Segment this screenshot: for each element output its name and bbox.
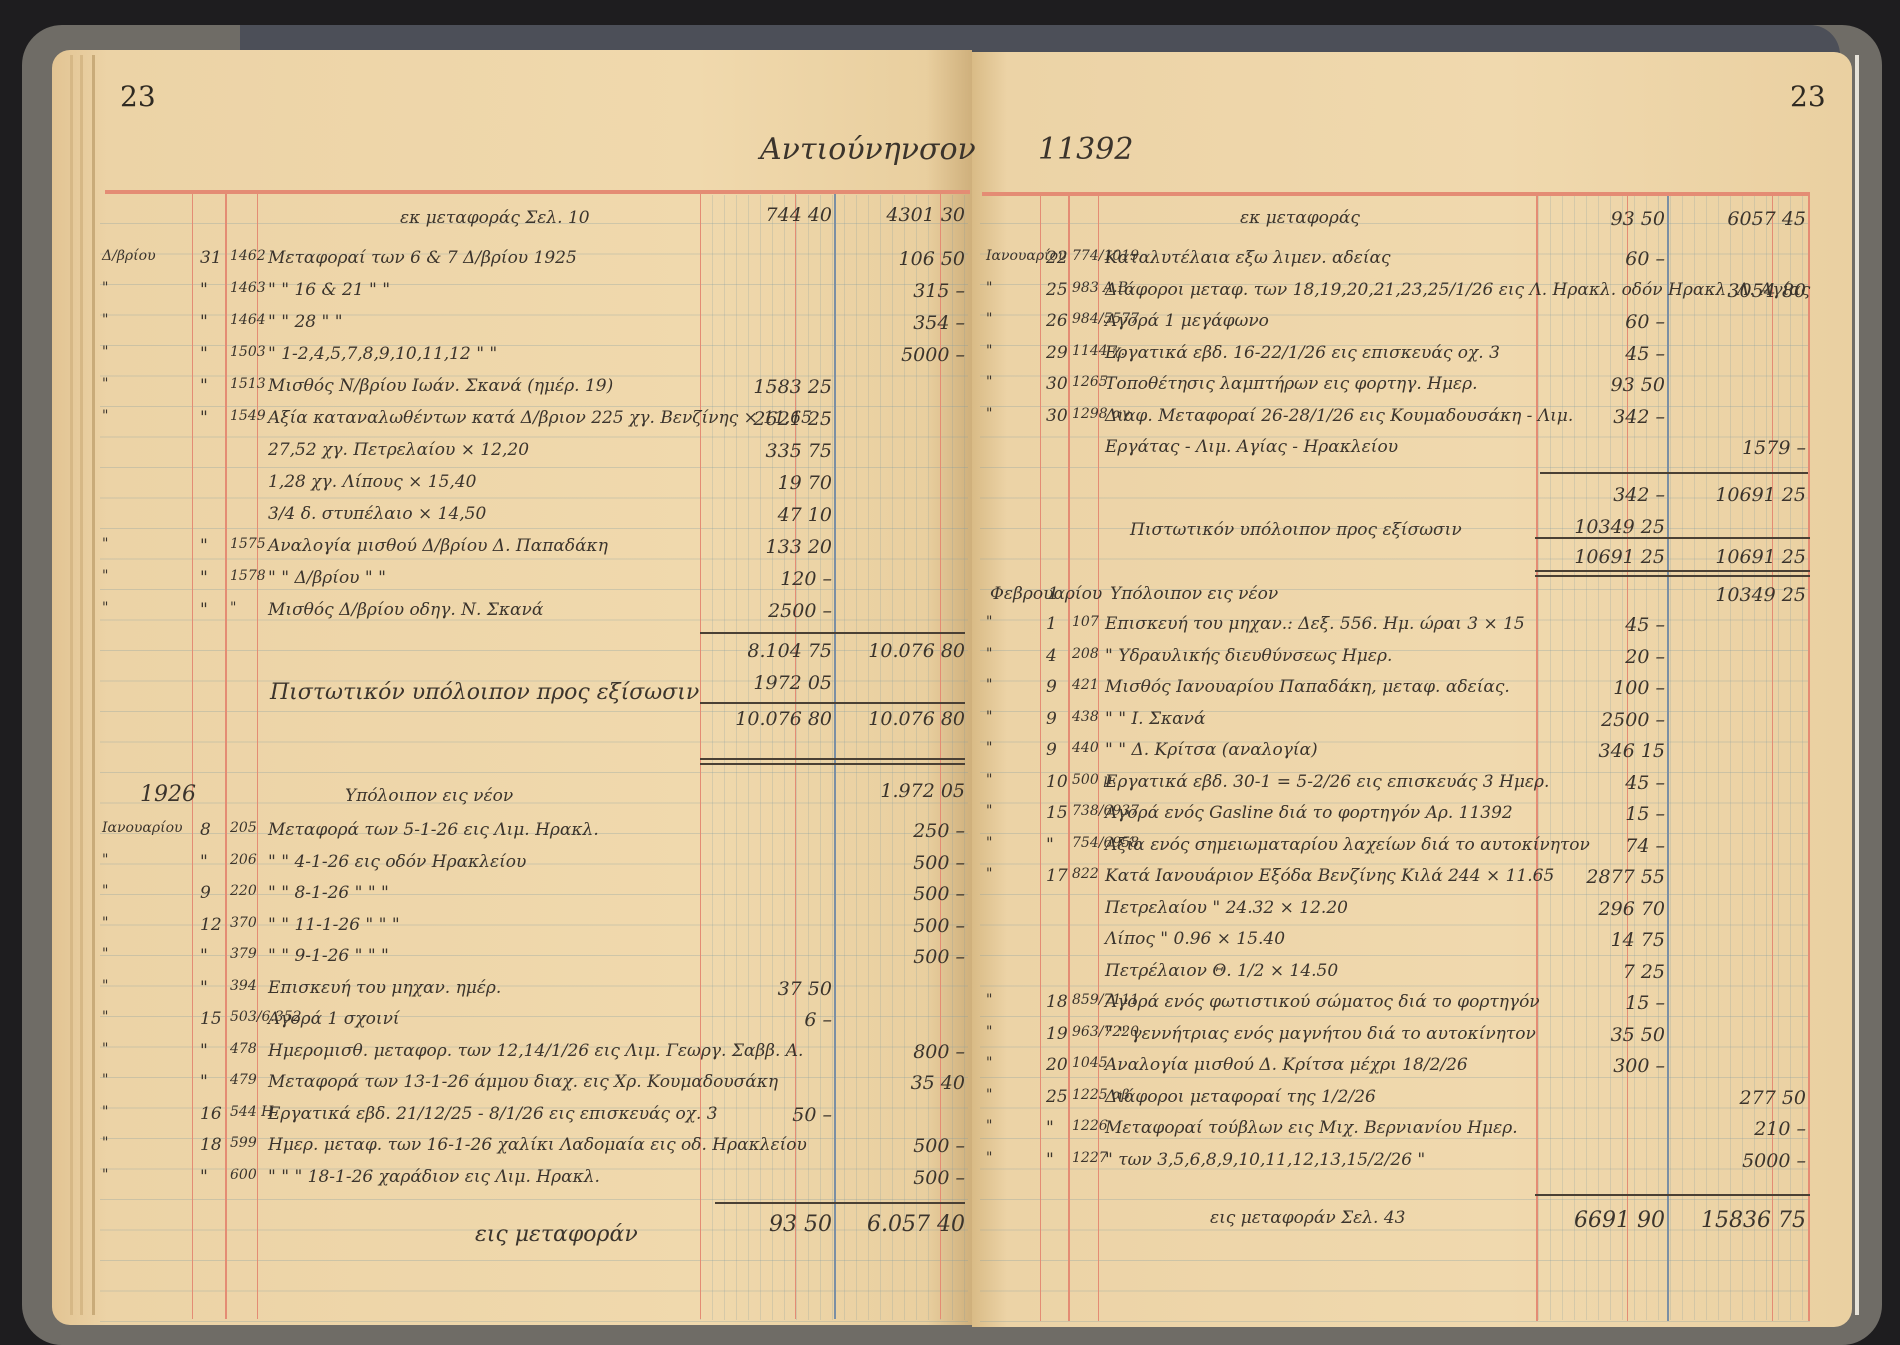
debit-amount: 37 50 — [700, 978, 832, 1000]
folio-cell: 1226 — [1072, 1118, 1108, 1134]
page-total-label: εις μεταφοράν Σελ. 43 — [1210, 1208, 1405, 1228]
description-cell: Επισκευή του μηχαν.: Δεξ. 556. Ημ. ώραι … — [1105, 614, 1525, 634]
description-cell: " 1-2,4,5,7,8,9,10,11,12 " " — [268, 344, 497, 364]
balance-debit: 1972 05 — [700, 672, 832, 694]
credit-amount: 500 – — [840, 915, 965, 937]
month-cell: " — [102, 408, 108, 424]
description-cell: " " Δ/βρίου " " — [268, 568, 386, 588]
month-cell: " — [986, 1055, 992, 1071]
description-cell: Μισθός Δ/βρίου οδηγ. Ν. Σκανά — [268, 600, 543, 620]
description-cell: Κατά Ιανουάριον Εξόδα Βενζίνης Κιλά 244 … — [1105, 866, 1554, 886]
debit-amount: 60 – — [1540, 311, 1665, 333]
debit-amount: 45 – — [1540, 343, 1665, 365]
day-cell: " — [200, 312, 208, 332]
col-line — [1040, 196, 1041, 1321]
month-cell: " — [986, 614, 992, 630]
credit-amount: 315 – — [840, 280, 965, 302]
header-rule-left — [105, 190, 970, 194]
credit-amount: 250 – — [840, 820, 965, 842]
day-cell: 19 — [1046, 1024, 1068, 1044]
page-total-credit: 15836 75 — [1672, 1208, 1806, 1233]
description-cell: Εργατικά εβδ. 16-22/1/26 εις επισκευάς ο… — [1105, 343, 1500, 363]
folio-cell: 440 — [1072, 740, 1099, 756]
debit-amount: 93 50 — [1540, 208, 1665, 230]
description-cell: Μεταφοραί τούβλων εις Μιχ. Βερνιανίου Ημ… — [1105, 1118, 1518, 1138]
new-balance-day: 1 — [1048, 584, 1059, 604]
day-cell: 10 — [1046, 772, 1068, 792]
month-cell: " — [102, 978, 108, 994]
day-cell: 9 — [1046, 740, 1057, 760]
description-cell: Αγορά ενός Gasline διά το φορτηγόν Αρ. 1… — [1105, 803, 1513, 823]
page-number-left: 23 — [120, 80, 156, 113]
month-cell: " — [102, 376, 108, 392]
day-cell: 30 — [1046, 406, 1068, 426]
month-cell: " — [986, 772, 992, 788]
description-cell: Μισθός Ν/βρίου Ιωάν. Σκανά (ημέρ. 19) — [268, 376, 613, 396]
subtotal-credit: 10.076 80 — [840, 640, 965, 662]
page-edges — [80, 55, 83, 1315]
month-cell: " — [102, 568, 108, 584]
page-edges — [92, 55, 95, 1315]
day-cell: 15 — [200, 1009, 222, 1029]
day-cell: " — [200, 568, 208, 588]
month-cell: " — [986, 709, 992, 725]
total-debit: 10691 25 — [1540, 546, 1665, 568]
folio-cell: 1463 — [230, 280, 266, 296]
carried-forward-label: εκ μεταφοράς — [1240, 208, 1360, 228]
day-cell: " — [200, 536, 208, 556]
month-cell: " — [986, 992, 992, 1008]
month-cell: " — [102, 536, 108, 552]
year-1926: 1926 — [140, 782, 196, 807]
day-cell: 17 — [1046, 866, 1068, 886]
folio-cell: " — [230, 600, 236, 616]
folio-cell: 1513 — [230, 376, 266, 392]
balance-debit: 10349 25 — [1540, 516, 1665, 538]
folio-cell: 600 — [230, 1167, 257, 1183]
month-cell: " — [986, 677, 992, 693]
day-cell: 29 — [1046, 343, 1068, 363]
debit-amount: 50 – — [700, 1104, 832, 1126]
day-cell: " — [200, 280, 208, 300]
debit-amount: 14 75 — [1540, 929, 1665, 951]
description-cell: Αγορά ενός φωτιστικού σώματος διά το φορ… — [1105, 992, 1540, 1012]
header-rule-right — [982, 192, 1810, 196]
credit-amount: 210 – — [1672, 1118, 1806, 1140]
folio-cell: 1265 — [1072, 374, 1108, 390]
description-cell: " " 8-1-26 " " " — [268, 883, 389, 903]
description-cell: " " Ι. Σκανά — [1105, 709, 1205, 729]
debit-amount: 335 75 — [700, 440, 832, 462]
debit-amount: 74 – — [1540, 835, 1665, 857]
col-line — [1808, 196, 1810, 1321]
description-cell: Καταλυτέλαια εξω λιμεν. αδείας — [1105, 248, 1391, 268]
debit-amount: 15 – — [1540, 803, 1665, 825]
description-cell: Διάφοροι μεταφοραί της 1/2/26 — [1105, 1087, 1376, 1107]
day-cell: 18 — [200, 1135, 222, 1155]
page-number-right: 23 — [1790, 80, 1826, 113]
double-rule — [1535, 570, 1810, 572]
month-cell: " — [986, 374, 992, 390]
month-cell: " — [986, 1087, 992, 1103]
new-balance-credit: 10349 25 — [1672, 584, 1806, 606]
day-cell: 9 — [200, 883, 211, 903]
month-cell: " — [102, 312, 108, 328]
description-cell: " " γεννήτριας ενός μαγνήτου διά το αυτο… — [1105, 1024, 1536, 1044]
month-cell: " — [102, 1104, 108, 1120]
month-cell: " — [986, 1118, 992, 1134]
month-cell: " — [102, 1135, 108, 1151]
account-number: 11392 — [1038, 132, 1133, 167]
page-total-credit: 6.057 40 — [840, 1212, 965, 1237]
day-cell: 1 — [1046, 614, 1057, 634]
description-cell: " " 28 " " — [268, 312, 343, 332]
month-cell: " — [986, 406, 992, 422]
debit-amount: 100 – — [1540, 677, 1665, 699]
description-cell: Ημερ. μεταφ. των 16-1-26 χαλίκι Λαδομαία… — [268, 1135, 807, 1155]
month-cell: " — [986, 343, 992, 359]
total-credit: 10.076 80 — [840, 708, 965, 730]
month-cell: Δ/βρίου — [102, 248, 156, 264]
folio-cell: 479 — [230, 1072, 257, 1088]
debit-amount: 2877 55 — [1540, 866, 1665, 888]
day-cell: 8 — [200, 820, 211, 840]
debit-amount: 2621 25 — [700, 408, 832, 430]
debit-amount: 45 – — [1540, 614, 1665, 636]
total-credit: 10691 25 — [1672, 546, 1806, 568]
month-cell: " — [102, 1009, 108, 1025]
folio-cell: 1549 — [230, 408, 266, 424]
day-cell: " — [200, 376, 208, 396]
debit-amount: 120 – — [700, 568, 832, 590]
month-cell: " — [986, 803, 992, 819]
subtotal-debit: 8.104 75 — [700, 640, 832, 662]
description-cell: Εργατικά εβδ. 30-1 = 5-2/26 εις επισκευά… — [1105, 772, 1549, 792]
debit-amount: 60 – — [1540, 248, 1665, 270]
subtotal-debit: 342 – — [1540, 484, 1665, 506]
double-rule — [1535, 575, 1810, 577]
description-cell: " Υδραυλικής διευθύνσεως Ημερ. — [1105, 646, 1392, 666]
total-rule — [1535, 537, 1810, 539]
day-cell: " — [200, 1041, 208, 1061]
day-cell: 22 — [1046, 248, 1068, 268]
debit-amount: 300 – — [1540, 1055, 1665, 1077]
col-line — [1536, 196, 1538, 1321]
folio-cell: 379 — [230, 946, 257, 962]
description-cell: Αξία ενός σημειωματαρίου λαχείων διά το … — [1105, 835, 1590, 855]
month-cell: " — [986, 311, 992, 327]
day-cell: 26 — [1046, 311, 1068, 331]
page-total-label: εις μεταφοράν — [475, 1222, 638, 1247]
folio-cell: 438 — [1072, 709, 1099, 725]
day-cell: " — [200, 600, 208, 620]
day-cell: 9 — [1046, 677, 1057, 697]
debit-amount: 744 40 — [700, 204, 832, 226]
day-cell: 20 — [1046, 1055, 1068, 1075]
debit-credit-divider-right — [1667, 196, 1669, 1321]
folio-cell: 1578 — [230, 568, 266, 584]
month-cell: " — [102, 1041, 108, 1057]
page-total-debit: 93 50 — [700, 1212, 832, 1237]
credit-amount: 500 – — [840, 883, 965, 905]
description-cell: Μισθός Ιανουαρίου Παπαδάκη, μεταφ. αδεία… — [1105, 677, 1510, 697]
debit-amount: 93 50 — [1540, 374, 1665, 396]
description-cell: " " 16 & 21 " " — [268, 280, 390, 300]
credit-amount: 354 – — [840, 312, 965, 334]
credit-amount: 35 40 — [840, 1072, 965, 1094]
day-cell: 30 — [1046, 374, 1068, 394]
credit-amount: 500 – — [840, 1167, 965, 1189]
month-cell: " — [102, 946, 108, 962]
day-cell: " — [1046, 1118, 1054, 1138]
col-line — [192, 194, 193, 1319]
folio-cell: 1045 — [1072, 1055, 1108, 1071]
month-cell: " — [986, 646, 992, 662]
debit-amount: 35 50 — [1540, 1024, 1665, 1046]
day-cell: " — [200, 1072, 208, 1092]
day-cell: " — [1046, 835, 1054, 855]
debit-amount: 296 70 — [1540, 898, 1665, 920]
debit-amount: 2500 – — [700, 600, 832, 622]
double-rule — [700, 758, 965, 760]
description-cell: Επισκευή του μηχαν. ημέρ. — [268, 978, 501, 998]
credit-amount: 5000 – — [1672, 1150, 1806, 1172]
month-cell: " — [986, 280, 992, 296]
debit-amount: 342 – — [1540, 406, 1665, 428]
page-total-debit: 6691 90 — [1540, 1208, 1665, 1233]
month-cell: " — [986, 1150, 992, 1166]
folio-cell: 205 — [230, 820, 257, 836]
credit-amount: 500 – — [840, 1135, 965, 1157]
day-cell: 12 — [200, 915, 222, 935]
balance-label: Πιστωτικόν υπόλοιπον προς εξίσωσιν — [270, 680, 699, 705]
description-cell: " " 4-1-26 εις οδόν Ηρακλείου — [268, 852, 526, 872]
subtotal-rule — [1540, 472, 1808, 474]
new-balance-label: Υπόλοιπον εις νέον — [345, 786, 513, 806]
folio-cell: 1503 — [230, 344, 266, 360]
page-edges — [1855, 55, 1859, 1315]
new-balance-label: Υπόλοιπον εις νέον — [1110, 584, 1278, 604]
description-cell: Αγορά 1 σχοινί — [268, 1009, 400, 1029]
credit-amount: 3054 80 — [1672, 280, 1806, 302]
month-cell: " — [986, 866, 992, 882]
description-cell: Αγορά 1 μεγάφωνο — [1105, 311, 1269, 331]
credit-amount: 500 – — [840, 946, 965, 968]
description-cell: " " 9-1-26 " " " — [268, 946, 389, 966]
debit-amount: 19 70 — [700, 472, 832, 494]
description-cell: " " " 18-1-26 χαράδιον εις Λιμ. Ηρακλ. — [268, 1167, 600, 1187]
month-cell: Ιανουαρίου — [102, 820, 183, 836]
month-cell: " — [102, 1167, 108, 1183]
day-cell: " — [200, 344, 208, 364]
day-cell: 15 — [1046, 803, 1068, 823]
day-cell: " — [200, 852, 208, 872]
account-title: Αντιούνηνσον — [760, 132, 976, 167]
col-line — [1068, 196, 1070, 1321]
credit-amount: 1579 – — [1672, 437, 1806, 459]
description-cell: " των 3,5,6,8,9,10,11,12,13,15/2/26 " — [1105, 1150, 1425, 1170]
description-cell: Διαφ. Μεταφοραί 26-28/1/26 εις Κουμαδουσ… — [1105, 406, 1573, 426]
month-cell: " — [102, 883, 108, 899]
debit-amount: 7 25 — [1540, 961, 1665, 983]
new-balance-month: Φεβρουαρίου — [990, 584, 1102, 604]
folio-cell: 599 — [230, 1135, 257, 1151]
day-cell: " — [1046, 1150, 1054, 1170]
description-cell: Τοποθέτησις λαμπτήρων εις φορτηγ. Ημερ. — [1105, 374, 1478, 394]
credit-amount: 4301 30 — [840, 204, 965, 226]
page-total-rule — [715, 1202, 965, 1204]
description-cell: 1,28 χγ. Λίπους × 15,40 — [268, 472, 476, 492]
page-edges — [70, 55, 73, 1315]
description-cell: Εργατικά εβδ. 21/12/25 - 8/1/26 εις επισ… — [268, 1104, 718, 1124]
day-cell: 16 — [200, 1104, 222, 1124]
folio-cell: 220 — [230, 883, 257, 899]
folio-cell: 1227 — [1072, 1150, 1108, 1166]
debit-amount: 133 20 — [700, 536, 832, 558]
folio-cell: 208 — [1072, 646, 1099, 662]
day-cell: " — [200, 946, 208, 966]
day-cell: 9 — [1046, 709, 1057, 729]
month-cell: " — [986, 835, 992, 851]
description-cell: 3/4 δ. στυπέλαιο × 14,50 — [268, 504, 486, 524]
month-cell: " — [102, 344, 108, 360]
description-cell: Μεταφοραί των 6 & 7 Δ/βρίου 1925 — [268, 248, 577, 268]
balance-label: Πιστωτικόν υπόλοιπον προς εξίσωσιν — [1130, 520, 1462, 540]
folio-cell: 107 — [1072, 614, 1099, 630]
folio-cell: 1575 — [230, 536, 266, 552]
folio-cell: 421 — [1072, 677, 1099, 693]
description-cell: Αναλογία μισθού Δ. Κρίτσα μέχρι 18/2/26 — [1105, 1055, 1468, 1075]
total-rule — [700, 702, 965, 704]
folio-cell: 478 — [230, 1041, 257, 1057]
folio-cell: 370 — [230, 915, 257, 931]
description-cell: Λίπος " 0.96 × 15.40 — [1105, 929, 1285, 949]
debit-amount: 2500 – — [1540, 709, 1665, 731]
day-cell: " — [200, 408, 208, 428]
description-cell: " " 11-1-26 " " " — [268, 915, 400, 935]
total-debit: 10.076 80 — [700, 708, 832, 730]
description-cell: Μεταφορά των 13-1-26 άμμου διαχ. εις Χρ.… — [268, 1072, 778, 1092]
carried-forward-label: εκ μεταφοράς Σελ. 10 — [400, 208, 590, 228]
day-cell: " — [200, 1167, 208, 1187]
month-cell: " — [102, 1072, 108, 1088]
credit-amount: 800 – — [840, 1041, 965, 1063]
month-cell: " — [986, 740, 992, 756]
description-cell: Αναλογία μισθού Δ/βρίου Δ. Παπαδάκη — [268, 536, 608, 556]
new-balance-credit: 1.972 05 — [840, 780, 965, 802]
month-cell: " — [102, 915, 108, 931]
debit-amount: 15 – — [1540, 992, 1665, 1014]
credit-amount: 500 – — [840, 852, 965, 874]
debit-amount: 45 – — [1540, 772, 1665, 794]
debit-amount: 47 10 — [700, 504, 832, 526]
credit-amount: 5000 – — [840, 344, 965, 366]
double-rule — [700, 763, 965, 765]
folio-cell: 394 — [230, 978, 257, 994]
folio-cell: 1464 — [230, 312, 266, 328]
folio-cell: 1462 — [230, 248, 266, 264]
debit-amount: 20 – — [1540, 646, 1665, 668]
day-cell: " — [200, 978, 208, 998]
day-cell: 25 — [1046, 280, 1068, 300]
description-cell: Πετρελαίου " 24.32 × 12.20 — [1105, 898, 1348, 918]
description-cell: Μεταφορά των 5-1-26 εις Λιμ. Ηρακλ. — [268, 820, 599, 840]
description-cell: Εργάτας - Λιμ. Αγίας - Ηρακλείου — [1105, 437, 1398, 457]
col-line — [225, 194, 227, 1319]
description-cell: " " Δ. Κρίτσα (αναλογία) — [1105, 740, 1318, 760]
day-cell: 31 — [200, 248, 222, 268]
subtotal-credit: 10691 25 — [1672, 484, 1806, 506]
debit-amount: 6 – — [700, 1009, 832, 1031]
debit-amount: 1583 25 — [700, 376, 832, 398]
debit-credit-divider-left — [834, 194, 836, 1319]
col-line — [257, 194, 258, 1319]
credit-amount: 6057 45 — [1672, 208, 1806, 230]
credit-amount: 106 50 — [840, 248, 965, 270]
month-cell: " — [102, 600, 108, 616]
folio-cell: 206 — [230, 852, 257, 868]
description-cell: Πετρέλαιον Θ. 1/2 × 14.50 — [1105, 961, 1338, 981]
month-cell: " — [102, 852, 108, 868]
month-cell: " — [986, 1024, 992, 1040]
debit-amount: 346 15 — [1540, 740, 1665, 762]
day-cell: 25 — [1046, 1087, 1068, 1107]
description-cell: 27,52 χγ. Πετρελαίου × 12,20 — [268, 440, 529, 460]
page-total-rule — [1535, 1194, 1810, 1196]
subtotal-rule — [700, 632, 965, 634]
folio-cell: 822 — [1072, 866, 1099, 882]
day-cell: 18 — [1046, 992, 1068, 1012]
credit-amount: 277 50 — [1672, 1087, 1806, 1109]
description-cell: Ημερομισθ. μεταφορ. των 12,14/1/26 εις Λ… — [268, 1041, 803, 1061]
day-cell: 4 — [1046, 646, 1057, 666]
month-cell: " — [102, 280, 108, 296]
